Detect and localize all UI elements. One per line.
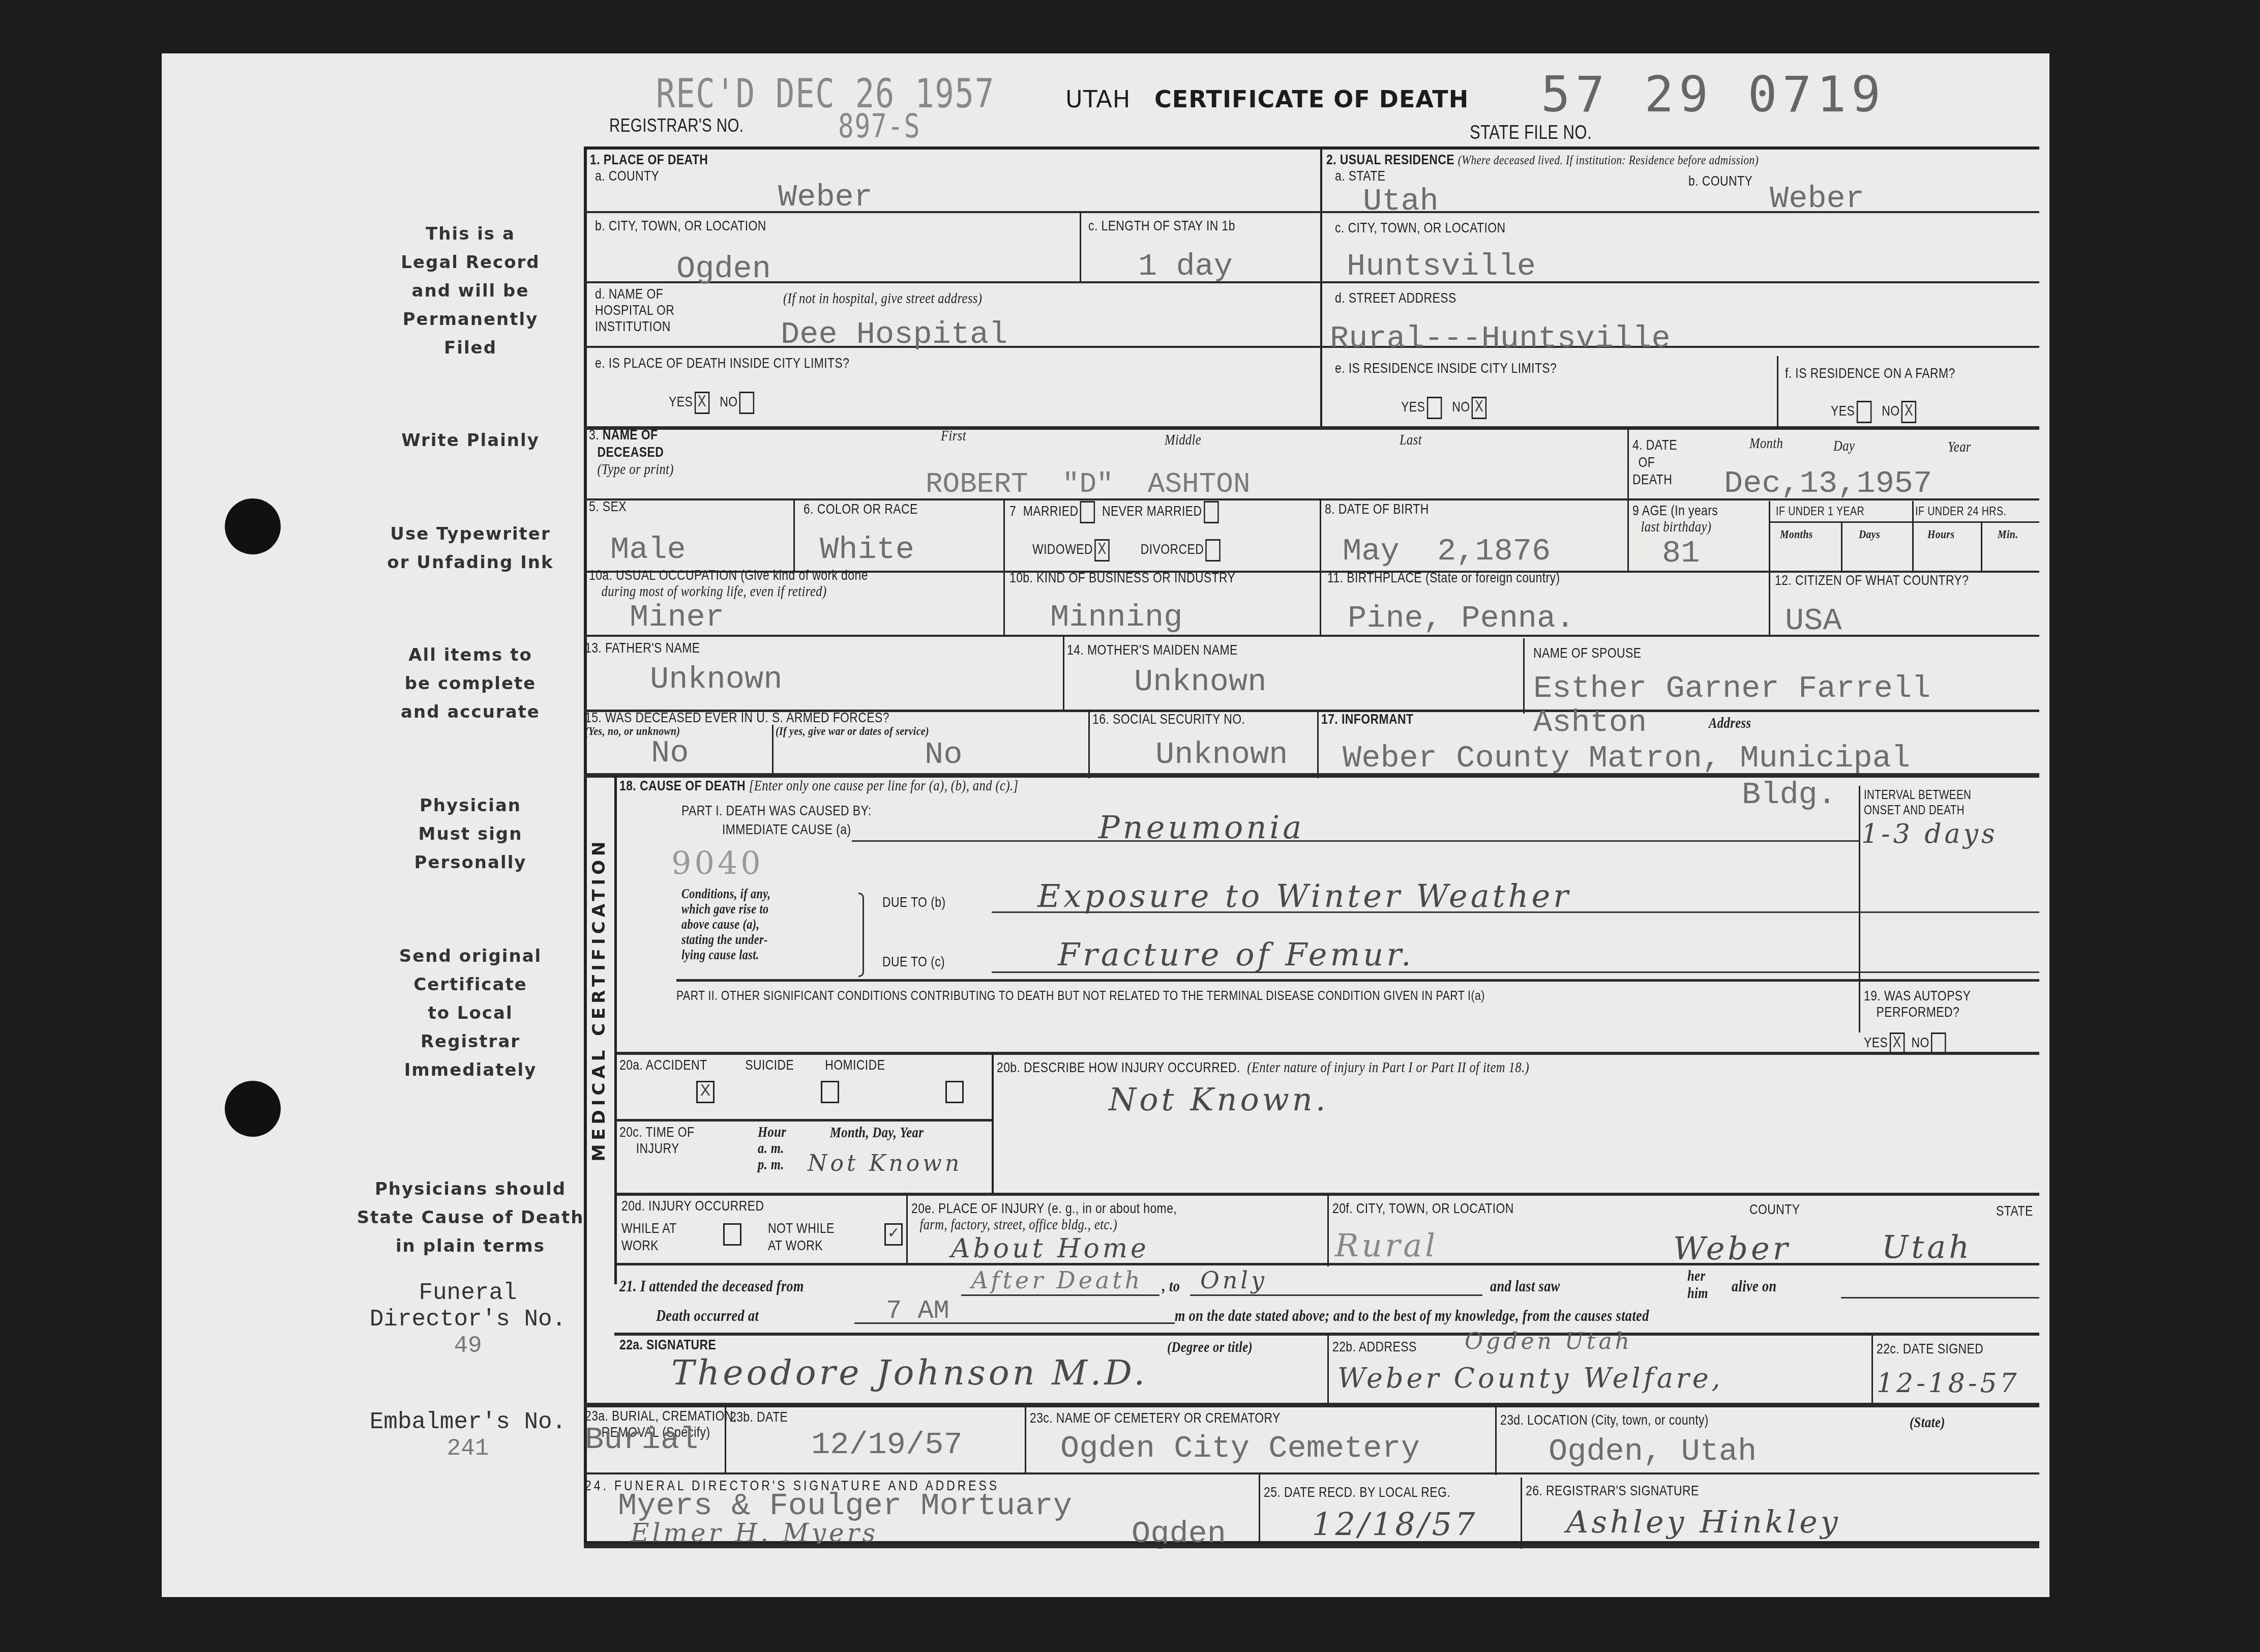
- county-label: a. COUNTY: [595, 168, 659, 184]
- under-1-year-label: IF UNDER 1 YEAR: [1776, 505, 1864, 519]
- spouse-value: Esther Garner Farrell: [1533, 670, 1930, 706]
- residence-city-limits-yes-checkbox[interactable]: [1426, 397, 1442, 419]
- sex-label: 5. SEX: [589, 498, 627, 515]
- industry-label: 10b. KIND OF BUSINESS OR INDUSTRY: [1009, 570, 1235, 586]
- due-to-c-value: Fracture of Femur.: [1058, 936, 1414, 973]
- date-of-death-value: Dec,13,1957: [1724, 465, 1932, 501]
- death-city-limits-no-checkbox[interactable]: [739, 392, 755, 414]
- divorced-checkbox[interactable]: [1206, 539, 1221, 562]
- age-value: 81: [1662, 535, 1700, 571]
- medical-certification-vertical-label: MEDICAL CERTIFICATION: [584, 776, 614, 1223]
- injury-occurred-label: 20d. INJURY OCCURRED: [621, 1198, 764, 1214]
- punch-hole: [225, 498, 281, 554]
- marital-status-row2: WIDOWEDX DIVORCED: [1032, 539, 1221, 562]
- length-of-stay-label: c. LENGTH OF STAY IN 1b: [1088, 218, 1235, 234]
- time-mdy-label: Month, Day, Year: [830, 1124, 924, 1141]
- informant-label: 17. INFORMANT: [1321, 711, 1413, 727]
- cause-code: 9040: [671, 844, 764, 881]
- burial-date-label: 23b. DATE: [730, 1409, 788, 1425]
- cemetery-location-value: Ogden, Utah: [1549, 1433, 1757, 1469]
- residence-city-limits-checkboxes: YES NOX: [1401, 397, 1486, 419]
- ssn-value: Unknown: [1155, 736, 1288, 773]
- on-farm-yes-checkbox[interactable]: [1856, 401, 1871, 423]
- year-label: Year: [1948, 438, 1971, 456]
- manner-of-death-labels: 20a. ACCIDENT SUICIDE HOMICIDE: [619, 1057, 885, 1073]
- place-of-death-label: 1. PLACE OF DEATH: [590, 152, 708, 168]
- conditions-hint: Conditions, if any,which gave rise toabo…: [681, 886, 771, 962]
- widowed-checkbox[interactable]: X: [1094, 539, 1110, 562]
- while-at-work-option: WHILE ATWORK: [621, 1220, 677, 1254]
- on-farm-label: f. IS RESIDENCE ON A FARM?: [1785, 365, 1955, 381]
- death-county-value: Weber: [778, 179, 873, 215]
- deceased-name-value: ROBERT "D" ASHTON: [926, 468, 1251, 500]
- ssn-label: 16. SOCIAL SECURITY NO.: [1092, 711, 1245, 727]
- time-of-injury-label: 20c. TIME OFINJURY: [619, 1124, 694, 1157]
- deceased-name-label: 3. NAME OF DECEASED (Type or print): [589, 426, 674, 478]
- last-name-label: Last: [1400, 431, 1422, 449]
- cause-of-death-label: 18. CAUSE OF DEATH [Enter only one cause…: [619, 777, 1019, 794]
- suicide-checkbox[interactable]: [821, 1081, 839, 1103]
- registrar-signature: Ashley Hinkley: [1566, 1504, 1841, 1540]
- occupation-value: Miner: [630, 599, 724, 635]
- dob-value: May 2,1876: [1343, 533, 1551, 569]
- days-label: Days: [1859, 528, 1880, 542]
- father-label: 13. FATHER'S NAME: [585, 640, 700, 656]
- autopsy-label: 19. WAS AUTOPSYPERFORMED?: [1864, 988, 1971, 1020]
- accident-checkbox[interactable]: X: [696, 1081, 715, 1103]
- injury-county-label: COUNTY: [1749, 1201, 1800, 1218]
- attended-to-value: Only: [1200, 1266, 1267, 1294]
- informant-value-2: Bldg.: [1742, 777, 1836, 813]
- injury-county-value: Weber: [1673, 1230, 1791, 1267]
- race-label: 6. COLOR OR RACE: [804, 501, 918, 517]
- never-married-checkbox[interactable]: [1204, 501, 1219, 523]
- spouse-value-2: Ashton: [1533, 704, 1647, 741]
- hospital-value: Dee Hospital: [781, 316, 1007, 352]
- side-note-typewriter: Use Typewriteror Unfading Ink: [356, 520, 585, 577]
- race-value: White: [820, 532, 914, 568]
- not-while-at-work-option: NOT WHILEAT WORK: [768, 1220, 835, 1254]
- death-occurred-suffix: m on the date stated above; and to the b…: [1175, 1306, 1649, 1325]
- citizen-value: USA: [1785, 603, 1842, 639]
- first-name-label: First: [941, 427, 966, 445]
- due-to-b-value: Exposure to Winter Weather: [1037, 877, 1571, 914]
- date-signed-label: 22c. DATE SIGNED: [1877, 1341, 1983, 1357]
- armed-forces-service-value: No: [925, 736, 962, 773]
- punch-hole: [225, 1081, 281, 1137]
- received-stamp: REC'D DEC 26 1957: [656, 71, 995, 117]
- married-checkbox[interactable]: [1080, 501, 1095, 523]
- residence-county-value: Weber: [1770, 181, 1864, 217]
- side-note-complete: All items tobe completeand accurate: [356, 641, 585, 726]
- interval-value: 1-3 days: [1861, 819, 1998, 849]
- armed-forces-service-hint: (If yes, give war or dates of service): [776, 725, 929, 739]
- burial-date-value: 12/19/57: [811, 1427, 963, 1463]
- last-saw-label: and last saw: [1490, 1277, 1560, 1295]
- day-label: Day: [1833, 437, 1855, 455]
- middle-name-label: Middle: [1165, 431, 1201, 449]
- registrar-signature-label: 26. REGISTRAR'S SIGNATURE: [1526, 1483, 1699, 1499]
- hours-label: Hours: [1927, 528, 1954, 542]
- death-city-limits-checkboxes: YESX NO: [669, 392, 754, 414]
- on-farm-checkboxes: YES NOX: [1831, 401, 1916, 423]
- spouse-label: NAME OF SPOUSE: [1533, 645, 1641, 661]
- on-farm-no-checkbox[interactable]: X: [1901, 401, 1917, 423]
- physician-signature: Theodore Johnson M.D.: [671, 1353, 1148, 1393]
- death-city-value: Ogden: [676, 251, 771, 287]
- injury-description-label: 20b. DESCRIBE HOW INJURY OCCURRED. (Ente…: [997, 1059, 1529, 1076]
- interval-label: INTERVAL BETWEENONSET AND DEATH: [1864, 787, 1971, 818]
- date-received-label: 25. DATE RECD. BY LOCAL REG.: [1264, 1484, 1450, 1500]
- residence-city-limits-no-checkbox[interactable]: X: [1472, 397, 1487, 419]
- usual-residence-label: 2. USUAL RESIDENCE (Where deceased lived…: [1326, 152, 1759, 168]
- part2-label: PART II. OTHER SIGNIFICANT CONDITIONS CO…: [676, 988, 1485, 1004]
- injury-city-label: 20f. CITY, TOWN, OR LOCATION: [1332, 1200, 1514, 1217]
- side-note-physician-sign: PhysicianMust signPersonally: [356, 791, 585, 877]
- part1-label: PART I. DEATH WAS CAUSED BY:: [681, 803, 872, 819]
- residence-state-label: a. STATE: [1335, 168, 1385, 184]
- her-him-label: herhim: [1687, 1267, 1708, 1302]
- not-while-at-work-checkbox[interactable]: ✓: [884, 1223, 903, 1246]
- industry-value: Minning: [1050, 599, 1182, 635]
- degree-label: (Degree or title): [1167, 1339, 1253, 1356]
- inside-city-limits-label: e. IS PLACE OF DEATH INSIDE CITY LIMITS?: [595, 355, 849, 371]
- immediate-cause-value: Pneumonia: [1098, 809, 1304, 846]
- time-of-injury-ampm: Houra. m.p. m.: [758, 1124, 786, 1173]
- injury-city-value: Rural: [1335, 1227, 1438, 1264]
- residence-city-value: Huntsville: [1347, 248, 1536, 284]
- months-label: Months: [1780, 528, 1813, 542]
- date-received-value: 12/18/57: [1312, 1506, 1478, 1543]
- certificate-title: CERTIFICATE OF DEATH: [1154, 85, 1469, 113]
- signature-label: 22a. SIGNATURE: [619, 1337, 716, 1353]
- alive-on-label: alive on: [1732, 1277, 1777, 1295]
- immediate-cause-label: IMMEDIATE CAUSE (a): [722, 821, 851, 838]
- age-label: 9 AGE (In yearslast birthday): [1632, 503, 1718, 535]
- residence-city-limits-label: e. IS RESIDENCE INSIDE CITY LIMITS?: [1335, 360, 1557, 376]
- injury-description-value: Not Known.: [1109, 1081, 1328, 1118]
- armed-forces-label: 15. WAS DECEASED EVER IN U. S. ARMED FOR…: [585, 710, 889, 726]
- side-note-legal-record: This is aLegal Recordand will bePermanen…: [356, 220, 585, 362]
- cemetery-value: Ogden City Cemetery: [1060, 1430, 1420, 1466]
- death-time-value: 7 AM: [886, 1296, 949, 1326]
- cemetery-location-label: 23d. LOCATION (City, town, or county): [1500, 1412, 1709, 1428]
- place-of-injury-label: 20e. PLACE OF INJURY (e. g., in or about…: [911, 1200, 1177, 1233]
- attended-from-value: After Death: [971, 1266, 1143, 1294]
- attended-label: 21. I attended the deceased from: [619, 1277, 804, 1295]
- mother-label: 14. MOTHER'S MAIDEN NAME: [1067, 642, 1238, 658]
- physician-address-value-2: Weber County Welfare,: [1337, 1362, 1723, 1394]
- street-address-value: Rural---Huntsville: [1330, 320, 1671, 357]
- registrars-no-label: REGISTRAR'S NO.: [609, 115, 744, 136]
- death-occurred-label: Death occurred at: [656, 1306, 759, 1325]
- dob-label: 8. DATE OF BIRTH: [1325, 501, 1429, 517]
- due-to-c-label: DUE TO (c): [882, 954, 945, 970]
- citizen-label: 12. CITIZEN OF WHAT COUNTRY?: [1775, 572, 1969, 588]
- street-address-label: d. STREET ADDRESS: [1335, 290, 1456, 306]
- armed-forces-value: No: [651, 735, 689, 771]
- state-file-no-label: STATE FILE NO.: [1470, 122, 1592, 144]
- informant-value: Weber County Matron, Municipal: [1343, 740, 1910, 776]
- mother-value: Unknown: [1134, 664, 1266, 700]
- injury-state-label: STATE: [1996, 1203, 2033, 1219]
- physician-address-label: 22b. ADDRESS: [1332, 1339, 1417, 1355]
- min-label: Min.: [1998, 528, 2018, 542]
- state-file-number: 57 29 0719: [1541, 66, 1886, 123]
- physician-address-value-1: Ogden Utah: [1465, 1329, 1632, 1354]
- residence-state-value: Utah: [1363, 183, 1439, 219]
- date-of-death-label: 4. DATEOFDEATH: [1632, 436, 1677, 488]
- death-city-limits-yes-checkbox[interactable]: X: [694, 392, 709, 414]
- sex-value: Male: [610, 532, 686, 568]
- birthplace-label: 11. BIRTHPLACE (State or foreign country…: [1327, 570, 1560, 586]
- occupation-label: 10a. USUAL OCCUPATION (Give kind of work…: [589, 567, 868, 600]
- side-note-plain-terms: Physicians shouldState Cause of Deathin …: [351, 1175, 590, 1260]
- injury-state-value: Utah: [1882, 1228, 1972, 1265]
- place-of-injury-value: About Home: [951, 1233, 1149, 1264]
- informant-address-label: Address: [1709, 715, 1751, 732]
- title-state: UTAH: [1065, 85, 1131, 113]
- residence-county-label: b. COUNTY: [1688, 173, 1752, 189]
- residence-city-label: c. CITY, TOWN, OR LOCATION: [1335, 220, 1506, 236]
- birthplace-value: Pine, Penna.: [1348, 600, 1574, 636]
- funeral-director-no: Funeral Director's No. 49: [325, 1280, 610, 1359]
- cemetery-label: 23c. NAME OF CEMETERY OR CREMATORY: [1030, 1410, 1281, 1426]
- registrars-no: 897-S: [838, 108, 920, 145]
- month-label: Month: [1749, 435, 1783, 452]
- embalmer-no: Embalmer's No. 241: [325, 1409, 610, 1462]
- due-to-b-label: DUE TO (b): [882, 894, 945, 910]
- while-at-work-checkbox[interactable]: [723, 1223, 741, 1246]
- hospital-label: d. NAME OFHOSPITAL ORINSTITUTION: [595, 286, 674, 335]
- divider: [1320, 146, 1322, 429]
- under-24-hrs-label: IF UNDER 24 HRS.: [1915, 505, 2006, 519]
- cemetery-state-label: (State): [1910, 1414, 1945, 1431]
- burial-value: Burial: [585, 1422, 698, 1458]
- length-of-stay-value: 1 day: [1138, 248, 1233, 284]
- to-label: , to: [1162, 1277, 1180, 1295]
- date-signed-value: 12-18-57: [1877, 1368, 2020, 1399]
- side-note-send-original: Send originalCertificateto LocalRegistra…: [356, 942, 585, 1084]
- side-note-write-plainly: Write Plainly: [356, 426, 585, 455]
- homicide-checkbox[interactable]: [945, 1081, 964, 1103]
- hospital-hint: (If not in hospital, give street address…: [783, 290, 982, 307]
- city-label: b. CITY, TOWN, OR LOCATION: [595, 218, 766, 234]
- time-of-injury-value: Not Known: [808, 1150, 962, 1176]
- father-value: Unknown: [650, 661, 782, 697]
- marital-status: 7 MARRIED NEVER MARRIED: [1009, 501, 1218, 523]
